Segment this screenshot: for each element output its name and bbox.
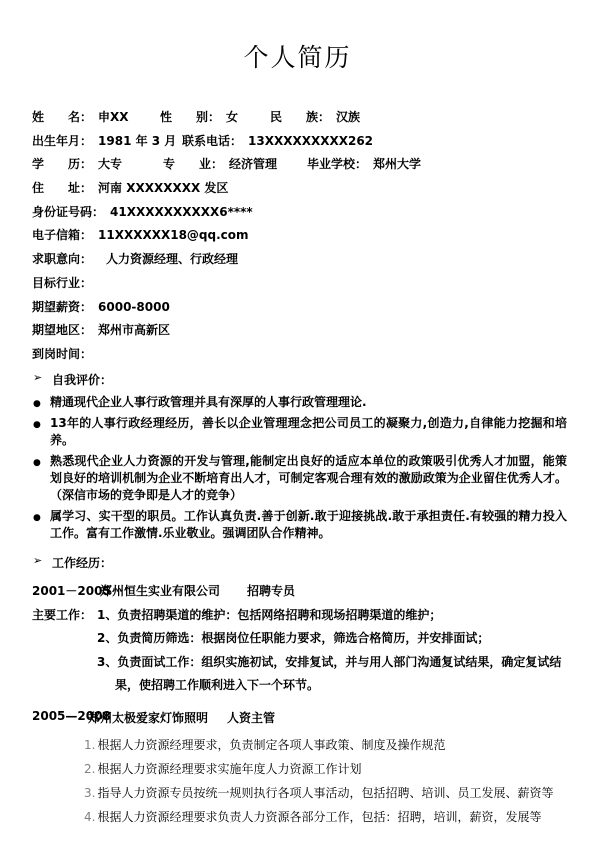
info-label: 民 族： xyxy=(270,110,330,124)
duty-item: 主要工作： 1、负责招聘渠道的维护：包括网络招聘和现场招聘渠道的维护； xyxy=(0,604,595,628)
dot-bullet-icon: ● xyxy=(33,417,41,434)
info-col: 姓 名：申XX xyxy=(32,108,129,125)
job-period: 2001－2005 xyxy=(32,582,111,599)
info-label: 电子信箱： xyxy=(32,228,92,242)
info-label: 毕业学校： xyxy=(307,157,367,171)
bullet-text: 13年的人事行政经理经历，善长以企业管理理念把公司员工的凝聚力,创造力,自律能力… xyxy=(50,416,567,447)
info-value: 郑州市高新区 xyxy=(98,323,170,337)
job-duties: 主要工作： 1、负责招聘渠道的维护：包括网络招聘和现场招聘渠道的维护； 2、负责… xyxy=(0,604,595,698)
duty-item: 2.根据人力资源经理要求实施年度人力资源工作计划 xyxy=(0,757,595,781)
info-value: 汉族 xyxy=(336,110,360,124)
info-label: 身份证号码： xyxy=(32,205,104,219)
info-label: 性 别： xyxy=(160,110,220,124)
duty-item: 3、负责面试工作：组织实施初试，安排复试，并与用人部门沟通复试结果，确定复试结果… xyxy=(0,651,595,698)
duty-number: 2、 xyxy=(97,631,117,645)
info-col: 出生年月：1981 年 3 月 xyxy=(32,132,176,149)
duty-text: 根据人力资源经理要求，负责制定各项人事政策、制度及操作规范 xyxy=(97,738,445,752)
self-evaluation-bullet: ● 熟悉现代企业人力资源的开发与管理,能制定出良好的适应本单位的政策吸引优秀人才… xyxy=(0,453,595,504)
work-experience-heading: ➢ 工作经历： xyxy=(0,551,595,573)
info-col: 专 业：经济管理 xyxy=(163,155,277,172)
info-value: 6000-8000 xyxy=(98,300,170,314)
work-experience-section: ➢ 工作经历： 2001－2005 郑州恒生实业有限公司 招聘专员 主要工作： … xyxy=(0,551,595,830)
info-row-education: 学 历：大专 专 业：经济管理 毕业学校：郑州大学 xyxy=(0,151,595,175)
bullet-text: 熟悉现代企业人力资源的开发与管理,能制定出良好的适应本单位的政策吸引优秀人才加盟… xyxy=(50,454,567,502)
dot-bullet-icon: ● xyxy=(33,510,41,527)
info-value: 人力资源经理、行政经理 xyxy=(106,252,238,266)
self-evaluation-bullet: ● 属学习、实干型的职员。工作认真负责.善于创新.敢于迎接挑战.敢于承担责任.有… xyxy=(0,508,595,542)
self-evaluation-bullet: ● 精通现代企业人事行政管理并具有深厚的人事行政管理理论. xyxy=(0,394,595,411)
info-label: 出生年月： xyxy=(32,134,92,148)
bullet-text: 精通现代企业人事行政管理并具有深厚的人事行政管理理论. xyxy=(50,395,367,409)
duty-text: 负责面试工作：组织实施初试，安排复试，并与用人部门沟通复试结果，确定复试结果，使… xyxy=(115,655,561,693)
self-evaluation-heading: ➢ 自我评价： xyxy=(0,368,595,390)
info-label: 联系电话： xyxy=(182,134,242,148)
info-row-target-industry: 目标行业： xyxy=(0,270,595,294)
duty-text: 根据人力资源经理要求负责人力资源各部分工作，包括：招聘，培训，薪资，发展等 xyxy=(97,810,541,824)
info-row-id-number: 身份证号码：41XXXXXXXXXX6**** xyxy=(0,199,595,223)
info-col: 期望地区：郑州市高新区 xyxy=(32,321,170,338)
info-label: 到岗时间： xyxy=(32,347,92,361)
info-row-email: 电子信箱：11XXXXXX18@qq.com xyxy=(0,222,595,246)
job-duties: 1.根据人力资源经理要求，负责制定各项人事政策、制度及操作规范 2.根据人力资源… xyxy=(0,733,595,830)
info-row-name: 姓 名：申XX 性 别：女 民 族：汉族 xyxy=(0,104,595,128)
info-label: 目标行业： xyxy=(32,276,92,290)
info-col: 到岗时间： xyxy=(32,345,98,362)
info-label: 姓 名： xyxy=(32,110,92,124)
duty-text: 指导人力资源专员按统一规则执行各项人事活动，包括招聘、培训、员工发展、薪资等 xyxy=(97,786,553,800)
info-row-address: 住 址：河南 XXXXXXXX 发区 xyxy=(0,175,595,199)
duty-number: 1. xyxy=(84,738,95,752)
info-col: 民 族：汉族 xyxy=(270,108,360,125)
job-position: 招聘专员 xyxy=(247,582,295,599)
resume-page: 个人简历 姓 名：申XX 性 别：女 民 族：汉族 出生年月：1981 年 3 … xyxy=(0,0,595,842)
company-name: 郑州恒生实业有限公司 xyxy=(100,582,220,599)
company-name: 郑州太极爱家灯饰照明 xyxy=(88,709,208,726)
info-value: 13XXXXXXXXX262 xyxy=(248,134,373,148)
personal-info-section: 姓 名：申XX 性 别：女 民 族：汉族 出生年月：1981 年 3 月 联系电… xyxy=(0,104,595,365)
info-label: 学 历： xyxy=(32,157,92,171)
main-duty-label: 主要工作： xyxy=(32,604,92,628)
info-col: 目标行业： xyxy=(32,274,98,291)
info-value: 11XXXXXX18@qq.com xyxy=(98,228,249,242)
page-title: 个人简历 xyxy=(0,38,595,74)
info-col: 电子信箱：11XXXXXX18@qq.com xyxy=(32,226,249,243)
self-evaluation-section: ➢ 自我评价： ● 精通现代企业人事行政管理并具有深厚的人事行政管理理论. ● … xyxy=(0,368,595,542)
self-evaluation-bullet: ● 13年的人事行政经理经历，善长以企业管理理念把公司员工的凝聚力,创造力,自律… xyxy=(0,415,595,449)
dot-bullet-icon: ● xyxy=(33,455,41,472)
section-heading-text: 工作经历： xyxy=(52,554,112,571)
info-row-birth-phone: 出生年月：1981 年 3 月 联系电话：13XXXXXXXXX262 xyxy=(0,128,595,152)
job-header: 2005—2008 郑州太极爱家灯饰照明 人资主管 xyxy=(0,707,595,727)
info-label: 住 址： xyxy=(32,181,92,195)
info-col: 学 历：大专 xyxy=(32,155,122,172)
duty-item: 1.根据人力资源经理要求，负责制定各项人事政策、制度及操作规范 xyxy=(0,733,595,757)
info-row-job-objective: 求职意向：人力资源经理、行政经理 xyxy=(0,246,595,270)
info-value: 大专 xyxy=(98,157,122,171)
duty-text: 负责招聘渠道的维护：包括网络招聘和现场招聘渠道的维护； xyxy=(117,608,441,622)
info-label: 期望薪资： xyxy=(32,300,92,314)
section-heading-text: 自我评价： xyxy=(52,371,112,388)
info-value: 经济管理 xyxy=(229,157,277,171)
info-row-expected-salary: 期望薪资：6000-8000 xyxy=(0,294,595,318)
info-col: 期望薪资：6000-8000 xyxy=(32,298,170,315)
info-col: 求职意向：人力资源经理、行政经理 xyxy=(32,250,238,267)
info-value: 郑州大学 xyxy=(373,157,421,171)
duty-number: 3、 xyxy=(97,655,117,669)
info-col: 毕业学校：郑州大学 xyxy=(307,155,421,172)
info-col: 联系电话：13XXXXXXXXX262 xyxy=(182,132,373,149)
info-label: 求职意向： xyxy=(32,252,92,266)
duty-number: 3. xyxy=(84,786,95,800)
duty-number: 1、 xyxy=(97,608,117,622)
duty-text: 根据人力资源经理要求实施年度人力资源工作计划 xyxy=(97,762,361,776)
duty-number: 2. xyxy=(84,762,95,776)
info-col: 性 别：女 xyxy=(160,108,238,125)
duty-number: 4. xyxy=(84,810,95,824)
bullet-text: 属学习、实干型的职员。工作认真负责.善于创新.敢于迎接挑战.敢于承担责任.有较强… xyxy=(50,509,567,540)
info-label: 专 业： xyxy=(163,157,223,171)
duty-item: 2、负责简历筛选：根据岗位任职能力要求，筛选合格简历，并安排面试； xyxy=(0,627,595,651)
info-row-expected-location: 期望地区：郑州市高新区 xyxy=(0,317,595,341)
duty-item: 3.指导人力资源专员按统一规则执行各项人事活动，包括招聘、培训、员工发展、薪资等 xyxy=(0,781,595,805)
duty-item: 4.根据人力资源经理要求负责人力资源各部分工作，包括：招聘，培训，薪资，发展等 xyxy=(0,805,595,829)
info-value: 女 xyxy=(226,110,238,124)
info-col: 住 址：河南 XXXXXXXX 发区 xyxy=(32,179,228,196)
info-value: 申XX xyxy=(98,110,129,124)
arrow-bullet-icon: ➢ xyxy=(33,554,42,567)
info-col: 身份证号码：41XXXXXXXXXX6**** xyxy=(32,203,253,220)
info-value: 河南 XXXXXXXX 发区 xyxy=(98,181,228,195)
job-position: 人资主管 xyxy=(227,709,275,726)
info-row-availability: 到岗时间： xyxy=(0,341,595,365)
job-header: 2001－2005 郑州恒生实业有限公司 招聘专员 xyxy=(0,580,595,600)
info-value: 1981 年 3 月 xyxy=(98,134,176,148)
info-label: 期望地区： xyxy=(32,323,92,337)
info-value: 41XXXXXXXXXX6**** xyxy=(110,205,253,219)
dot-bullet-icon: ● xyxy=(33,396,41,413)
arrow-bullet-icon: ➢ xyxy=(33,371,42,384)
duty-text: 负责简历筛选：根据岗位任职能力要求，筛选合格简历，并安排面试； xyxy=(117,631,489,645)
